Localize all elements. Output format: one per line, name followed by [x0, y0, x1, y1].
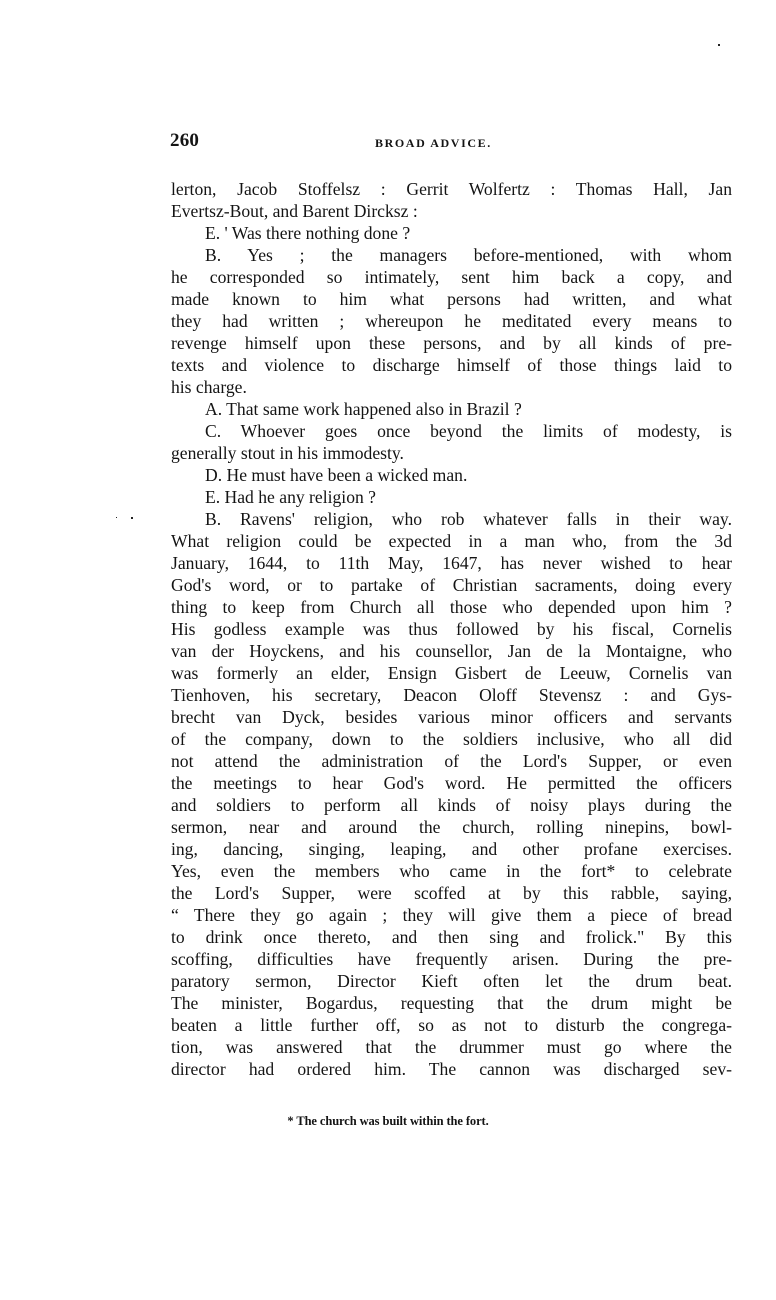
footnote: * The church was built within the fort.: [0, 1114, 776, 1129]
text-line: A. That same work happened also in Brazi…: [171, 398, 732, 420]
text-line: his charge.: [171, 376, 732, 398]
text-line: The minister, Bogardus, requesting that …: [171, 992, 732, 1014]
text-line: made known to him what persons had writt…: [171, 288, 732, 310]
text-line: Yes, even the members who came in the fo…: [171, 860, 732, 882]
text-line: God's word, or to partake of Christian s…: [171, 574, 732, 596]
text-line: B. Ravens' religion, who rob whatever fa…: [171, 508, 732, 530]
text-line: E. ' Was there nothing done ?: [171, 222, 732, 244]
text-line: beaten a little further off, so as not t…: [171, 1014, 732, 1036]
text-line: they had written ; whereupon he meditate…: [171, 310, 732, 332]
text-line: director had ordered him. The cannon was…: [171, 1058, 732, 1080]
text-line: scoffing, difficulties have frequently a…: [171, 948, 732, 970]
text-line: was formerly an elder, Ensign Gisbert de…: [171, 662, 732, 684]
text-line: Evertsz-Bout, and Barent Dircksz :: [171, 200, 732, 222]
text-line: van der Hoyckens, and his counsellor, Ja…: [171, 640, 732, 662]
text-line: D. He must have been a wicked man.: [171, 464, 732, 486]
text-line: C. Whoever goes once beyond the limits o…: [171, 420, 732, 442]
text-line: Tienhoven, his secretary, Deacon Oloff S…: [171, 684, 732, 706]
text-line: What religion could be expected in a man…: [171, 530, 732, 552]
scan-speck: [116, 517, 117, 518]
text-line: E. Had he any religion ?: [171, 486, 732, 508]
text-line: ing, dancing, singing, leaping, and othe…: [171, 838, 732, 860]
text-line: revenge himself upon these persons, and …: [171, 332, 732, 354]
text-line: brecht van Dyck, besides various minor o…: [171, 706, 732, 728]
text-line: paratory sermon, Director Kieft often le…: [171, 970, 732, 992]
text-line: and soldiers to perform all kinds of noi…: [171, 794, 732, 816]
text-line: not attend the administration of the Lor…: [171, 750, 732, 772]
text-line: His godless example was thus followed by…: [171, 618, 732, 640]
scan-speck: [131, 517, 133, 519]
text-line: to drink once thereto, and then sing and…: [171, 926, 732, 948]
text-line: lerton, Jacob Stoffelsz : Gerrit Wolfert…: [171, 178, 732, 200]
page-header: 260 BROAD ADVICE.: [170, 130, 730, 160]
text-line: January, 1644, to 11th May, 1647, has ne…: [171, 552, 732, 574]
text-line: generally stout in his immodesty.: [171, 442, 732, 464]
running-title: BROAD ADVICE.: [375, 136, 492, 151]
text-line: the meetings to hear God's word. He perm…: [171, 772, 732, 794]
text-line: the Lord's Supper, were scoffed at by th…: [171, 882, 732, 904]
text-line: he corresponded so intimately, sent him …: [171, 266, 732, 288]
text-line: texts and violence to discharge himself …: [171, 354, 732, 376]
text-line: thing to keep from Church all those who …: [171, 596, 732, 618]
text-line: of the company, down to the soldiers inc…: [171, 728, 732, 750]
text-line: “ There they go again ; they will give t…: [171, 904, 732, 926]
page-number: 260: [170, 130, 199, 152]
scan-speck: [718, 44, 720, 46]
body-text: lerton, Jacob Stoffelsz : Gerrit Wolfert…: [171, 178, 732, 1080]
text-line: sermon, near and around the church, roll…: [171, 816, 732, 838]
text-line: tion, was answered that the drummer must…: [171, 1036, 732, 1058]
text-line: B. Yes ; the managers before-mentioned, …: [171, 244, 732, 266]
